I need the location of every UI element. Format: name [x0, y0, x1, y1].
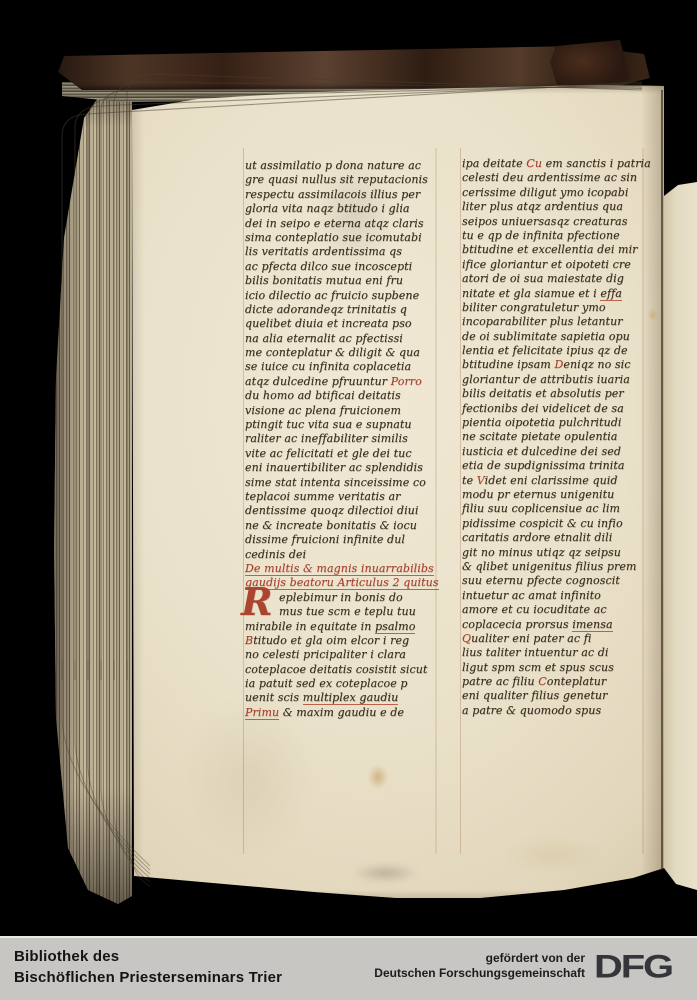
- manuscript-text-line: dicte adorandeqz trinitatis q: [245, 303, 441, 317]
- body-text: bilis deitatis et absolutis per: [462, 387, 624, 400]
- body-text: teplacoi summe veritatis ar: [245, 490, 401, 503]
- manuscript-text-line: tu e qp de infinita pfectione: [462, 229, 648, 243]
- body-text: ifice gloriantur et oipoteti cre: [462, 258, 631, 271]
- manuscript-text-line: se iuice cu infinita coplacetia: [245, 360, 441, 374]
- manuscript-text-line: ipa deitate Cu em sanctis i patria: [462, 157, 648, 171]
- manuscript-text-line: teplacoi summe veritatis ar: [245, 490, 441, 504]
- body-text: seipos uniuersasqz creaturas: [462, 215, 627, 228]
- manuscript-left-column: ut assimilatio p dona nature acgre quasi…: [245, 159, 441, 725]
- body-text: idet eni clarissime quid: [485, 474, 618, 487]
- rubric-text: Q: [462, 632, 471, 645]
- manuscript-text-line: mirabile in equitate in psalmo: [245, 620, 441, 634]
- manuscript-text-line: iusticia et dulcedine dei sed: [462, 445, 648, 459]
- body-text: se iuice cu infinita coplacetia: [245, 360, 411, 373]
- body-text: tu e qp de infinita pfectione: [462, 229, 620, 242]
- body-text: lis veritatis ardentissima qs: [245, 245, 402, 258]
- body-text: me conteplatur & diligit & qua: [245, 346, 420, 359]
- manuscript-text-line: incoparabiliter plus letantur: [462, 315, 648, 329]
- body-text: mus tue scm e teplu tuu: [279, 605, 416, 618]
- body-text: incoparabiliter plus letantur: [462, 315, 623, 328]
- rubric-text: De multis & magnis inuarrabilibs: [245, 562, 434, 576]
- manuscript-text-line: liter plus atqz ardentius qua: [462, 200, 648, 214]
- body-text: dissime fruicioni infinite dul: [245, 533, 405, 546]
- manuscript-text-line: ac pfecta dilco sue incoscepti: [245, 260, 441, 274]
- body-text: iusticia et dulcedine dei sed: [462, 445, 621, 458]
- body-text: gre quasi nullus sit reputacionis: [245, 173, 428, 186]
- page-stain: [488, 832, 618, 878]
- rubricated-initial: R: [241, 583, 273, 621]
- manuscript-text-line: lentia et felicitate ipius qz de: [462, 344, 648, 358]
- manuscript-text-line: atori de oi sua maiestate dig: [462, 272, 648, 286]
- manuscript-text-line: de oi sublimitate sapietia opu: [462, 330, 648, 344]
- manuscript-text-line: coplacecia prorsus imensa: [462, 618, 648, 632]
- digitized-manuscript-scan: ut assimilatio p dona nature acgre quasi…: [0, 0, 697, 1000]
- body-text: biliter congratuletur ymo: [462, 301, 606, 314]
- body-text: & qlibet unigenitus filius prem: [462, 560, 637, 573]
- manuscript-text-line: celesti deu ardentissime ac sin: [462, 171, 648, 185]
- manuscript-text-line: bilis bonitatis mutua eni fru: [245, 274, 441, 288]
- page-stain: [338, 859, 433, 887]
- body-text: modu pr eternus unigenitu: [462, 488, 614, 501]
- body-text: onteplatur: [547, 675, 607, 688]
- body-text: du homo ad btificai deitatis: [245, 389, 401, 402]
- manuscript-text-line: suu eternu pfecte cognoscit: [462, 574, 648, 588]
- body-text: ne scitate pietate opulentia: [462, 430, 617, 443]
- body-text: coplacecia prorsus: [462, 618, 572, 631]
- manuscript-text-line: na alia eternalit ac pfectissi: [245, 332, 441, 346]
- body-text: uenit scis: [245, 691, 303, 704]
- manuscript-text-line: du homo ad btificai deitatis: [245, 389, 441, 403]
- manuscript-text-line: gaudijs beatoru Articulus 2 quitus: [245, 576, 441, 590]
- body-text: eni qualiter filius genetur: [462, 689, 607, 702]
- manuscript-text-line: eni inauertibiliter ac splendidis: [245, 461, 441, 475]
- manuscript-text-line: caritatis ardore etnalit dili: [462, 531, 648, 545]
- manuscript-text-line: ligut spm scm et spus scus: [462, 661, 648, 675]
- body-text: cedinis dei: [245, 548, 306, 561]
- body-text: git no minus utiqz qz seipsu: [462, 546, 621, 559]
- body-text: na alia eternalit ac pfectissi: [245, 332, 403, 345]
- body-text: dei in seipo e eterna atqz claris: [245, 217, 424, 230]
- rubric-text: Articulus 2 quitus: [337, 576, 438, 590]
- manuscript-text-line: De multis & magnis inuarrabilibs: [245, 562, 441, 576]
- body-text: filiu suu coplicensiue ac lim: [462, 502, 620, 515]
- manuscript-text-line: btitudine et excellentia dei mir: [462, 243, 648, 257]
- body-text: em sanctis i patria: [542, 157, 651, 170]
- manuscript-text-line: git no minus utiqz qz seipsu: [462, 546, 648, 560]
- body-text: ptingit tuc vita sua e supnatu: [245, 418, 412, 431]
- body-text: vite ac felicitati et gle dei tuc: [245, 447, 412, 460]
- rubric-text: Primu: [245, 706, 279, 720]
- manuscript-text-line: lius taliter intuentur ac di: [462, 646, 648, 660]
- body-text: a patre & quomodo spus: [462, 704, 601, 717]
- body-text: icio dilectio ac fruicio supbene: [245, 289, 419, 302]
- body-text: psalmo: [375, 620, 415, 634]
- facing-page-sliver: [662, 182, 697, 890]
- body-text: quelibet diuia et increata pso: [245, 317, 412, 330]
- manuscript-text-line: dentissime quoqz dilectioi diui: [245, 504, 441, 518]
- body-text: intuetur ac amat infinito: [462, 589, 601, 602]
- manuscript-text-line: Qualiter eni pater ac fi: [462, 632, 648, 646]
- manuscript-text-line: eplebimur in bonis do: [245, 591, 441, 605]
- manuscript-text-line: visione ac plena fruicionem: [245, 404, 441, 418]
- body-text: visione ac plena fruicionem: [245, 404, 401, 417]
- manuscript-photo: ut assimilatio p dona nature acgre quasi…: [0, 0, 697, 936]
- body-text: dicte adorandeqz trinitatis q: [245, 303, 407, 316]
- body-text: raliter ac ineffabiliter similis: [245, 432, 408, 445]
- manuscript-text-line: gloriantur de attributis iuaria: [462, 373, 648, 387]
- body-text: ligut spm scm et spus scus: [462, 661, 614, 674]
- manuscript-text-line: dissime fruicioni infinite dul: [245, 533, 441, 547]
- body-text: ia patuit sed ex coteplacoe p: [245, 677, 408, 690]
- manuscript-text-line: ia patuit sed ex coteplacoe p: [245, 677, 441, 691]
- body-text: sima conteplatio sue icomutabi: [245, 231, 422, 244]
- manuscript-text-line: modu pr eternus unigenitu: [462, 488, 648, 502]
- body-text: lentia et felicitate ipius qz de: [462, 344, 628, 357]
- manuscript-text-line: a patre & quomodo spus: [462, 704, 648, 718]
- body-text: bilis bonitatis mutua eni fru: [245, 274, 403, 287]
- rubric-text: Porro: [391, 375, 422, 388]
- manuscript-text-line: Primu & maxim gaudiu e de: [245, 706, 441, 720]
- manuscript-text-line: sima conteplatio sue icomutabi: [245, 231, 441, 245]
- manuscript-text-line: ne & increate bonitatis & iocu: [245, 519, 441, 533]
- body-text: sime stat intenta sinceissime co: [245, 476, 426, 489]
- manuscript-text-line: dei in seipo e eterna atqz claris: [245, 217, 441, 231]
- manuscript-text-line: raliter ac ineffabiliter similis: [245, 432, 441, 446]
- manuscript-text-line: ne scitate pietate opulentia: [462, 430, 648, 444]
- body-text: caritatis ardore etnalit dili: [462, 531, 612, 544]
- manuscript-text-line: atqz dulcedine pfruuntur Porro: [245, 375, 441, 389]
- manuscript-text-line: ut assimilatio p dona nature ac: [245, 159, 441, 173]
- manuscript-text-line: btitudine ipsam Deniqz no sic: [462, 358, 648, 372]
- manuscript-text-line: seipos uniuersasqz creaturas: [462, 215, 648, 229]
- page-edge-stack: [54, 78, 132, 904]
- manuscript-text-line: nitate et gla siamue et i effa: [462, 287, 648, 301]
- library-credit-line2: Bischöflichen Priesterseminars Trier: [14, 967, 282, 988]
- rubric-text: C: [538, 675, 547, 688]
- body-text: patre ac filiu: [462, 675, 538, 688]
- manuscript-text-line: biliter congratuletur ymo: [462, 301, 648, 315]
- page-stain: [364, 760, 392, 794]
- rubric-text: Cu: [526, 157, 542, 170]
- funding-credit-line1: gefördert von der: [374, 951, 585, 966]
- body-text: respectu assimilacois illius per: [245, 188, 420, 201]
- manuscript-text-line: cerissime diligut ymo icopabi: [462, 186, 648, 200]
- manuscript-text-line: te Videt eni clarissime quid: [462, 474, 648, 488]
- manuscript-text-line: etia de supdignissima trinita: [462, 459, 648, 473]
- manuscript-text-line: lis veritatis ardentissima qs: [245, 245, 441, 259]
- body-text: pientia oipotetia pulchritudi: [462, 416, 622, 429]
- body-text: ipa deitate: [462, 157, 526, 170]
- body-text: multiplex gaudiu: [303, 691, 399, 705]
- manuscript-text-line: ptingit tuc vita sua e supnatu: [245, 418, 441, 432]
- manuscript-text-line: no celesti pricipaliter i clara: [245, 648, 441, 662]
- body-text: no celesti pricipaliter i clara: [245, 648, 406, 661]
- body-text: ne & increate bonitatis & iocu: [245, 519, 417, 532]
- dfg-logo: DFG: [594, 948, 672, 987]
- body-text: gloriantur de attributis iuaria: [462, 373, 630, 386]
- body-text: dentissime quoqz dilectioi diui: [245, 504, 419, 517]
- body-text: ualiter eni pater ac fi: [471, 632, 591, 645]
- manuscript-right-column: ipa deitate Cu em sanctis i patriacelest…: [462, 157, 648, 723]
- manuscript-text-line: gre quasi nullus sit reputacionis: [245, 173, 441, 187]
- body-text: eni inauertibiliter ac splendidis: [245, 461, 423, 474]
- manuscript-text-line: sime stat intenta sinceissime co: [245, 476, 441, 490]
- body-text: nitate et gla siamue et i: [462, 287, 600, 300]
- manuscript-text-line: pientia oipotetia pulchritudi: [462, 416, 648, 430]
- body-text: cerissime diligut ymo icopabi: [462, 186, 628, 199]
- body-text: etia de supdignissima trinita: [462, 459, 625, 472]
- body-text: liter plus atqz ardentius qua: [462, 200, 623, 213]
- body-text: coteplacoe deitatis cosistit sicut: [245, 663, 427, 676]
- body-text: & maxim gaudiu e de: [279, 706, 404, 719]
- body-text: celesti deu ardentissime ac sin: [462, 171, 637, 184]
- body-text: te: [462, 474, 477, 487]
- manuscript-text-line: eni qualiter filius genetur: [462, 689, 648, 703]
- manuscript-text-line: filiu suu coplicensiue ac lim: [462, 502, 648, 516]
- body-text: amore et cu iocuditate ac: [462, 603, 607, 616]
- library-credit: Bibliothek des Bischöflichen Priestersem…: [14, 946, 282, 988]
- funding-credit-line2: Deutschen Forschungsgemeinschaft: [374, 966, 585, 981]
- manuscript-text-line: me conteplatur & diligit & qua: [245, 346, 441, 360]
- manuscript-text-line: intuetur ac amat infinito: [462, 589, 648, 603]
- manuscript-text-line: coteplacoe deitatis cosistit sicut: [245, 663, 441, 677]
- body-text: gloria vita naqz btitudo i glia: [245, 202, 410, 215]
- body-text: lius taliter intuentur ac di: [462, 646, 609, 659]
- manuscript-text-line: quelibet diuia et increata pso: [245, 317, 441, 331]
- manuscript-text-line: & qlibet unigenitus filius prem: [462, 560, 648, 574]
- manuscript-text-line: gloria vita naqz btitudo i glia: [245, 202, 441, 216]
- funding-credit: gefördert von der Deutschen Forschungsge…: [374, 951, 585, 981]
- manuscript-text-line: pidissime cospicit & cu infio: [462, 517, 648, 531]
- manuscript-text-line: bilis deitatis et absolutis per: [462, 387, 648, 401]
- body-text: atqz dulcedine pfruuntur: [245, 375, 391, 388]
- body-text: btitudine et excellentia dei mir: [462, 243, 638, 256]
- library-credit-line1: Bibliothek des: [14, 946, 282, 967]
- page-stain: [646, 306, 660, 324]
- manuscript-text-line: respectu assimilacois illius per: [245, 188, 441, 202]
- body-text: fectionibs dei videlicet de sa: [462, 402, 624, 415]
- footer-credit-bar: Bibliothek des Bischöflichen Priestersem…: [0, 936, 697, 1000]
- body-text: ac pfecta dilco sue incoscepti: [245, 260, 412, 273]
- manuscript-text-line: amore et cu iocuditate ac: [462, 603, 648, 617]
- manuscript-text-line: uenit scis multiplex gaudiu: [245, 691, 441, 705]
- body-text: eniqz no sic: [563, 358, 630, 371]
- manuscript-text-line: cedinis dei: [245, 548, 441, 562]
- body-text: eplebimur in bonis do: [279, 591, 403, 604]
- rubric-text: V: [477, 474, 485, 487]
- manuscript-text-line: ifice gloriantur et oipoteti cre: [462, 258, 648, 272]
- body-text: de oi sublimitate sapietia opu: [462, 330, 630, 343]
- body-text: suu eternu pfecte cognoscit: [462, 574, 620, 587]
- manuscript-text-line: fectionibs dei videlicet de sa: [462, 402, 648, 416]
- body-text: btitudine ipsam: [462, 358, 554, 371]
- manuscript-text-line: icio dilectio ac fruicio supbene: [245, 289, 441, 303]
- body-text: pidissime cospicit & cu infio: [462, 517, 623, 530]
- body-text: titudo et gla oim elcor i reg: [253, 634, 409, 647]
- body-text: ut assimilatio p dona nature ac: [245, 159, 421, 172]
- manuscript-text-line: Btitudo et gla oim elcor i reg: [245, 634, 441, 648]
- manuscript-text-line: patre ac filiu Conteplatur: [462, 675, 648, 689]
- manuscript-text-line: mus tue scm e teplu tuu: [245, 605, 441, 619]
- body-text: effa: [600, 287, 622, 301]
- body-text: imensa: [572, 618, 612, 632]
- body-text: atori de oi sua maiestate dig: [462, 272, 624, 285]
- rubric-text: B: [245, 634, 253, 647]
- manuscript-text-line: vite ac felicitati et gle dei tuc: [245, 447, 441, 461]
